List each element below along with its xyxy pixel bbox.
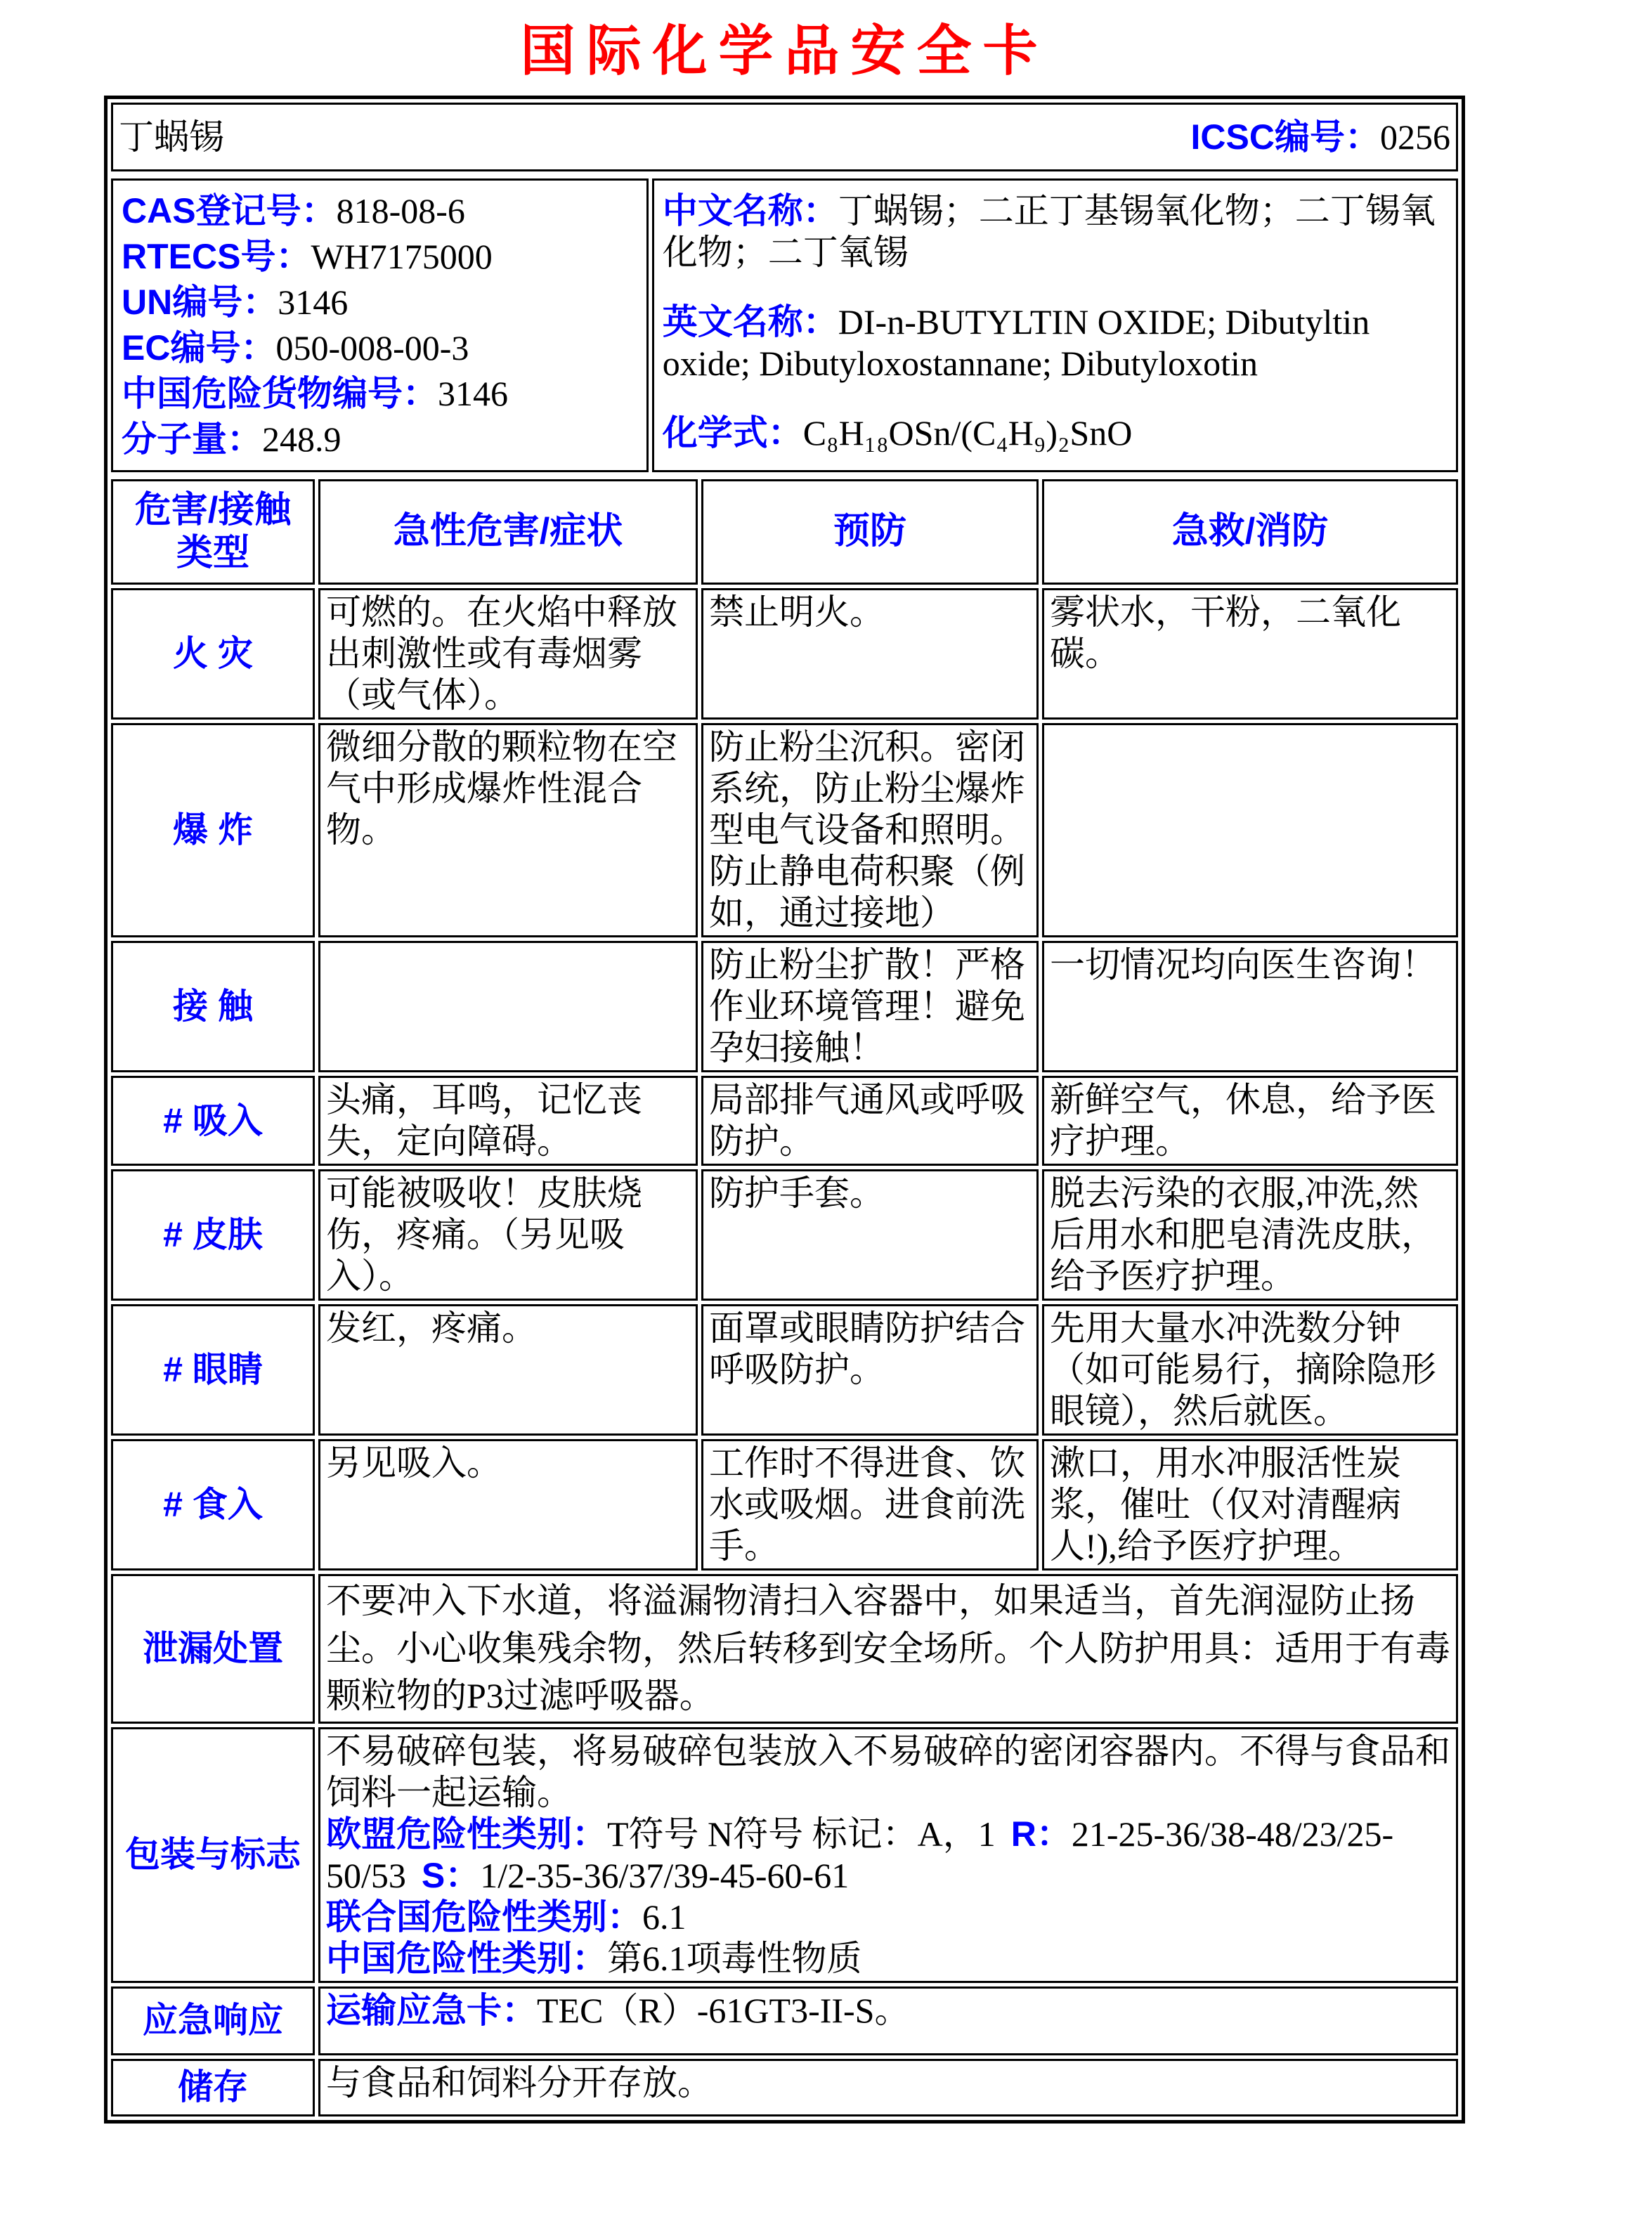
header-firstaid: 急救/消防	[1042, 479, 1458, 585]
skin-firstaid: 脱去污染的衣服,冲洗,然后用水和肥皂清洗皮肤，给予医疗护理。	[1042, 1169, 1458, 1301]
s-phrases-label: S：	[422, 1856, 480, 1895]
ec-value: 050-008-00-3	[275, 328, 469, 368]
formula-label: 化学式：	[663, 413, 803, 453]
explosion-type: 爆 炸	[111, 723, 315, 937]
spill-row: 泄漏处置 不要冲入下水道，将溢漏物清扫入容器中，如果适当，首先润湿防止扬尘。小心…	[111, 1574, 1458, 1724]
s-phrases-value: 1/2-35-36/37/39-45-60-61	[480, 1856, 849, 1895]
substance-name: 丁蜗锡	[119, 117, 224, 158]
header-hazard-type: 危害/接触类型	[111, 479, 315, 585]
fire-prevention: 禁止明火。	[701, 588, 1039, 720]
fire-symptom: 可燃的。在火焰中释放出刺激性或有毒烟雾（或气体）。	[318, 588, 698, 720]
storage-row: 储存 与食品和饲料分开存放。	[111, 2059, 1458, 2116]
contact-type: 接 触	[111, 941, 315, 1072]
icsc-number: ICSC编号：0256	[1191, 117, 1450, 158]
chinese-name: 中文名称：丁蜗锡；二正丁基锡氧化物；二丁锡氧化物；二丁氧锡	[663, 190, 1448, 273]
inhalation-type: # 吸入	[111, 1076, 315, 1166]
explosion-firstaid	[1042, 723, 1458, 937]
r-phrases-label: R：	[1011, 1814, 1072, 1854]
rtecs-label: RTECS号：	[122, 237, 311, 276]
rtecs-value: WH7175000	[311, 237, 492, 276]
contact-row: 接 触 防止粉尘扩散！严格作业环境管理！避免孕妇接触！ 一切情况均向医生咨询！	[111, 941, 1458, 1072]
mw-label: 分子量：	[122, 420, 262, 459]
info-table: CAS登记号：818-08-6 RTECS号：WH7175000 UN编号：31…	[108, 175, 1462, 476]
contact-symptom	[318, 941, 698, 1072]
packaging-text: 不易破碎包装，将易破碎包装放入不易破碎的密闭容器内。不得与食品和饲料一起运输。	[326, 1731, 1450, 1814]
eyes-type: # 眼睛	[111, 1304, 315, 1436]
china-dg-label: 中国危险货物编号：	[122, 374, 438, 413]
cas-value: 818-08-6	[337, 191, 465, 230]
eyes-firstaid: 先用大量水冲洗数分钟（如可能易行，摘除隐形眼镜），然后就医。	[1042, 1304, 1458, 1436]
name-row: 丁蜗锡 ICSC编号：0256	[111, 103, 1458, 171]
eyes-symptom: 发红，疼痛。	[318, 1304, 698, 1436]
ingestion-prevention: 工作时不得进食、饮水或吸烟。进食前洗手。	[701, 1439, 1039, 1571]
inhalation-firstaid: 新鲜空气，休息，给予医疗护理。	[1042, 1076, 1458, 1166]
inhalation-symptom: 头痛，耳鸣，记忆丧失，定向障碍。	[318, 1076, 698, 1166]
explosion-row: 爆 炸 微细分散的颗粒物在空气中形成爆炸性混合物。 防止粉尘沉积。密闭系统，防止…	[111, 723, 1458, 937]
ingestion-symptom: 另见吸入。	[318, 1439, 698, 1571]
skin-symptom: 可能被吸收！皮肤烧伤，疼痛。（另见吸入）。	[318, 1169, 698, 1301]
un-class-label: 联合国危险性类别：	[326, 1897, 642, 1937]
name-table: 丁蜗锡 ICSC编号：0256	[108, 99, 1462, 175]
packaging-cell: 不易破碎包装，将易破碎包装放入不易破碎的密闭容器内。不得与食品和饲料一起运输。 …	[318, 1727, 1458, 1983]
icsc-card: 丁蜗锡 ICSC编号：0256 CAS登记号：818-08-6 RTECS号：W…	[104, 96, 1465, 2124]
rtecs-number: RTECS号：WH7175000	[122, 236, 638, 278]
contact-prevention: 防止粉尘扩散！严格作业环境管理！避免孕妇接触！	[701, 941, 1039, 1072]
chemical-formula: 化学式：C₈H₁₈OSn/(C₄H₉)₂SnO	[663, 412, 1448, 454]
eu-hazard-class: 欧盟危险性类别：T符号 N符号 标记：A，1R：21-25-36/38-48/2…	[326, 1814, 1450, 1897]
ingestion-row: # 食入 另见吸入。 工作时不得进食、饮水或吸烟。进食前洗手。 漱口，用水冲服活…	[111, 1439, 1458, 1571]
hazard-table: 危害/接触类型 急性危害/症状 预防 急救/消防 火 灾 可燃的。在火焰中释放出…	[108, 476, 1462, 2120]
china-hazard-class: 中国危险性类别：第6.1项毒性物质	[326, 1938, 1450, 1979]
icsc-number-label: ICSC编号：	[1191, 117, 1380, 157]
un-hazard-class: 联合国危险性类别：6.1	[326, 1897, 1450, 1938]
ingestion-firstaid: 漱口，用水冲服活性炭浆，催吐（仅对清醒病人!),给予医疗护理。	[1042, 1439, 1458, 1571]
page-title: 国际化学品安全卡	[104, 7, 1465, 86]
emergency-type: 应急响应	[111, 1986, 315, 2055]
contact-firstaid: 一切情况均向医生咨询！	[1042, 941, 1458, 1072]
names-cell: 中文名称：丁蜗锡；二正丁基锡氧化物；二丁锡氧化物；二丁氧锡 英文名称：DI-n-…	[652, 178, 1458, 472]
inhalation-row: # 吸入 头痛，耳鸣，记忆丧失，定向障碍。 局部排气通风或呼吸防护。 新鲜空气，…	[111, 1076, 1458, 1166]
name-cell: 丁蜗锡 ICSC编号：0256	[111, 103, 1458, 171]
formula-value: C₈H₁₈OSn/(C₄H₉)₂SnO	[803, 413, 1133, 453]
explosion-prevention: 防止粉尘沉积。密闭系统，防止粉尘爆炸型电气设备和照明。防止静电荷积聚（例如，通过…	[701, 723, 1039, 937]
storage-type: 储存	[111, 2059, 315, 2116]
transport-card-label: 运输应急卡：	[326, 1991, 537, 2030]
skin-type: # 皮肤	[111, 1169, 315, 1301]
identifiers-cell: CAS登记号：818-08-6 RTECS号：WH7175000 UN编号：31…	[111, 178, 649, 472]
ingestion-type: # 食入	[111, 1439, 315, 1571]
emergency-row: 应急响应 运输应急卡：TEC（R）-61GT3-II-S。	[111, 1986, 1458, 2055]
packaging-row: 包装与标志 不易破碎包装，将易破碎包装放入不易破碎的密闭容器内。不得与食品和饲料…	[111, 1727, 1458, 1983]
fire-firstaid: 雾状水，干粉，二氧化碳。	[1042, 588, 1458, 720]
packaging-type: 包装与标志	[111, 1727, 315, 1983]
icsc-number-value: 0256	[1380, 117, 1450, 157]
fire-type: 火 灾	[111, 588, 315, 720]
hazard-header-row: 危害/接触类型 急性危害/症状 预防 急救/消防	[111, 479, 1458, 585]
emergency-cell: 运输应急卡：TEC（R）-61GT3-II-S。	[318, 1986, 1458, 2055]
spill-type: 泄漏处置	[111, 1574, 315, 1724]
ec-number: EC编号：050-008-00-3	[122, 327, 638, 369]
ec-label: EC编号：	[122, 328, 275, 368]
eu-class-value: T符号 N符号 标记：A，1	[607, 1814, 996, 1854]
un-value: 3146	[278, 282, 348, 322]
inhalation-prevention: 局部排气通风或呼吸防护。	[701, 1076, 1039, 1166]
explosion-symptom: 微细分散的颗粒物在空气中形成爆炸性混合物。	[318, 723, 698, 937]
china-dg-value: 3146	[438, 374, 508, 413]
info-row: CAS登记号：818-08-6 RTECS号：WH7175000 UN编号：31…	[111, 178, 1458, 472]
skin-prevention: 防护手套。	[701, 1169, 1039, 1301]
un-number: UN编号：3146	[122, 282, 638, 323]
china-class-value: 第6.1项毒性物质	[607, 1939, 862, 1978]
eyes-prevention: 面罩或眼睛防护结合呼吸防护。	[701, 1304, 1039, 1436]
cas-number: CAS登记号：818-08-6	[122, 190, 638, 232]
english-name: 英文名称：DI-n-BUTYLTIN OXIDE; Dibutyltin oxi…	[663, 301, 1448, 384]
storage-text: 与食品和饲料分开存放。	[318, 2059, 1458, 2116]
mw-value: 248.9	[262, 420, 342, 459]
header-symptoms: 急性危害/症状	[318, 479, 698, 585]
header-prevention: 预防	[701, 479, 1039, 585]
eyes-row: # 眼睛 发红，疼痛。 面罩或眼睛防护结合呼吸防护。 先用大量水冲洗数分钟（如可…	[111, 1304, 1458, 1436]
un-class-value: 6.1	[642, 1897, 687, 1937]
molecular-weight: 分子量：248.9	[122, 419, 638, 460]
spill-text: 不要冲入下水道，将溢漏物清扫入容器中，如果适当，首先润湿防止扬尘。小心收集残余物…	[318, 1574, 1458, 1724]
skin-row: # 皮肤 可能被吸收！皮肤烧伤，疼痛。（另见吸入）。 防护手套。 脱去污染的衣服…	[111, 1169, 1458, 1301]
un-label: UN编号：	[122, 282, 278, 322]
china-class-label: 中国危险性类别：	[326, 1939, 607, 1978]
china-dg-number: 中国危险货物编号：3146	[122, 373, 638, 415]
fire-row: 火 灾 可燃的。在火焰中释放出刺激性或有毒烟雾（或气体）。 禁止明火。 雾状水，…	[111, 588, 1458, 720]
eu-class-label: 欧盟危险性类别：	[326, 1814, 607, 1854]
english-name-label: 英文名称：	[663, 302, 838, 342]
cas-label: CAS登记号：	[122, 191, 337, 230]
transport-card-value: TEC（R）-61GT3-II-S。	[537, 1991, 910, 2030]
chinese-name-label: 中文名称：	[663, 191, 838, 230]
